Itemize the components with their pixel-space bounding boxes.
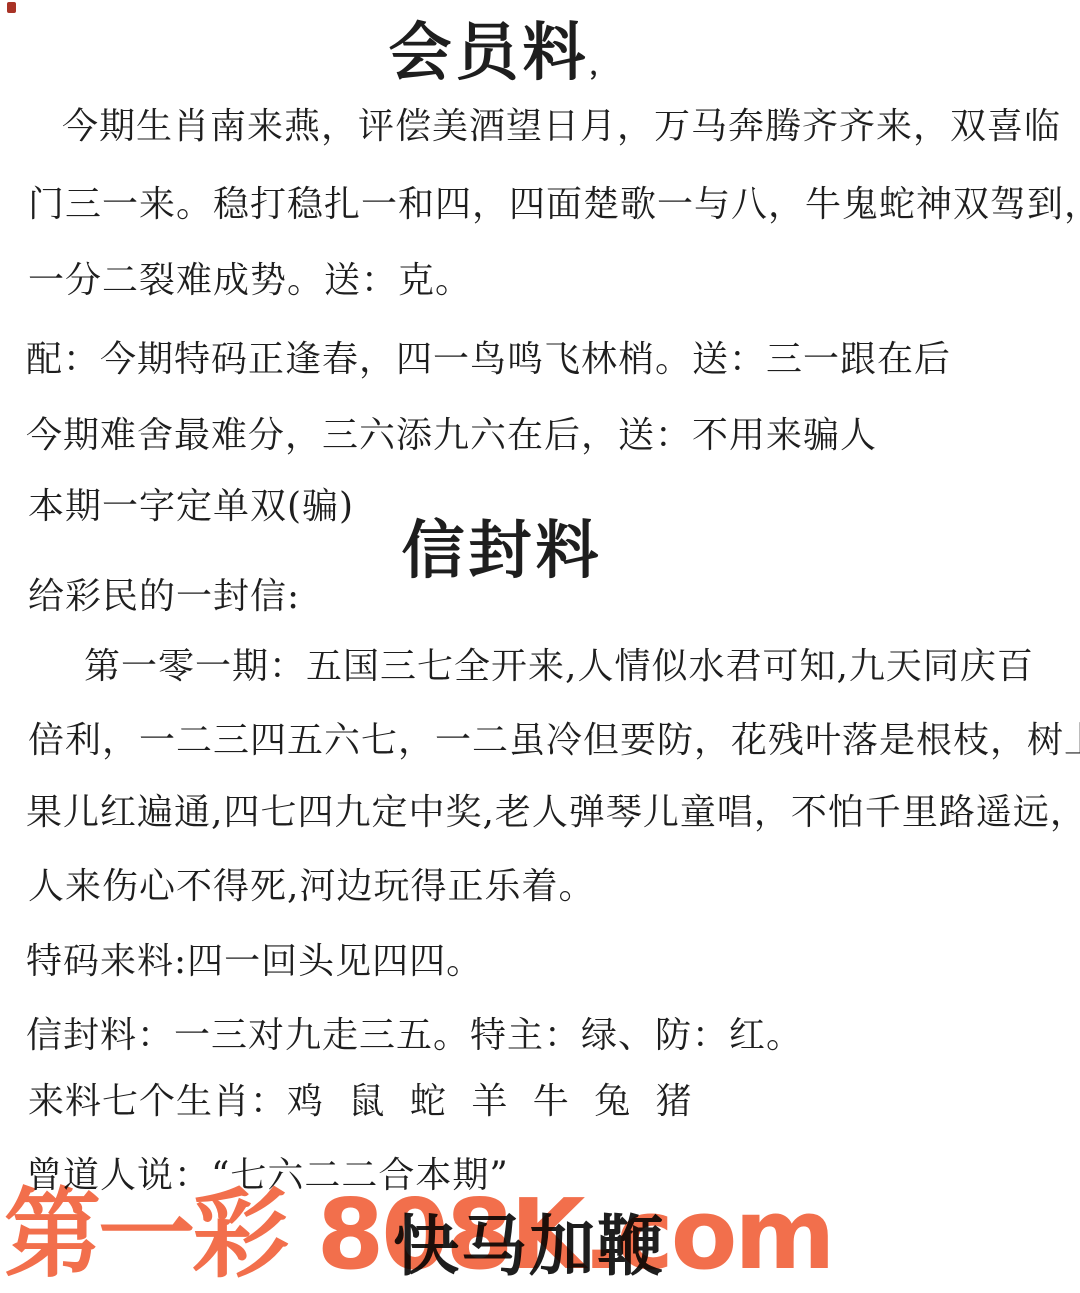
letter-line-2: 倍利，一二三四五六七，一二虽冷但要防，花残叶落是根枝，树上 [28,712,1080,763]
envelope-tip-line: 信封料：一三对九走三五。特主：绿、防：红。 [26,1007,803,1058]
member-title-text: 会员料 [388,15,589,89]
member-line-3: 一分二裂难成势。送：克。 [28,252,472,303]
letter-line-4: 人来伤心不得死,河边玩得正乐着。 [28,858,595,909]
member-title-comma-mark: ， [589,51,615,81]
member-line-1: 今期生肖南来燕，评偿美酒望日月，万马奔腾齐齐来，双喜临 [62,98,1061,149]
letter-line-1: 第一零一期：五国三七全开来,人情似水君可知,九天同庆百 [84,638,1034,689]
member-section-title: 会员料， [0,2,1080,93]
document-page: 会员料， 今期生肖南来燕，评偿美酒望日月，万马奔腾齐齐来，双喜临 门三一来。稳打… [0,0,1080,1293]
member-line-4: 配：今期特码正逢春，四一鸟鸣飞林梢。送：三一跟在后 [26,331,951,382]
member-line-5: 今期难舍最难分，三六添九六在后，送：不用来骗人 [26,407,877,458]
envelope-title-text: 信封料 [402,513,603,587]
letter-line-3: 果儿红遍通,四七四九定中奖,老人弹琴儿童唱，不怕千里路遥远， [26,784,1080,835]
zodiac-line: 来料七个生肖：鸡 鼠 蛇 羊 牛 兔 猪 [28,1073,693,1124]
site-watermark: 第一彩 808K.com [4,1186,832,1283]
envelope-intro-line: 给彩民的一封信: [28,568,300,619]
member-line-2: 门三一来。稳打稳扎一和四，四面楚歌一与八，牛鬼蛇神双驾到， [28,176,1080,227]
special-code-line: 特码来料:四一回头见四四。 [26,933,483,984]
